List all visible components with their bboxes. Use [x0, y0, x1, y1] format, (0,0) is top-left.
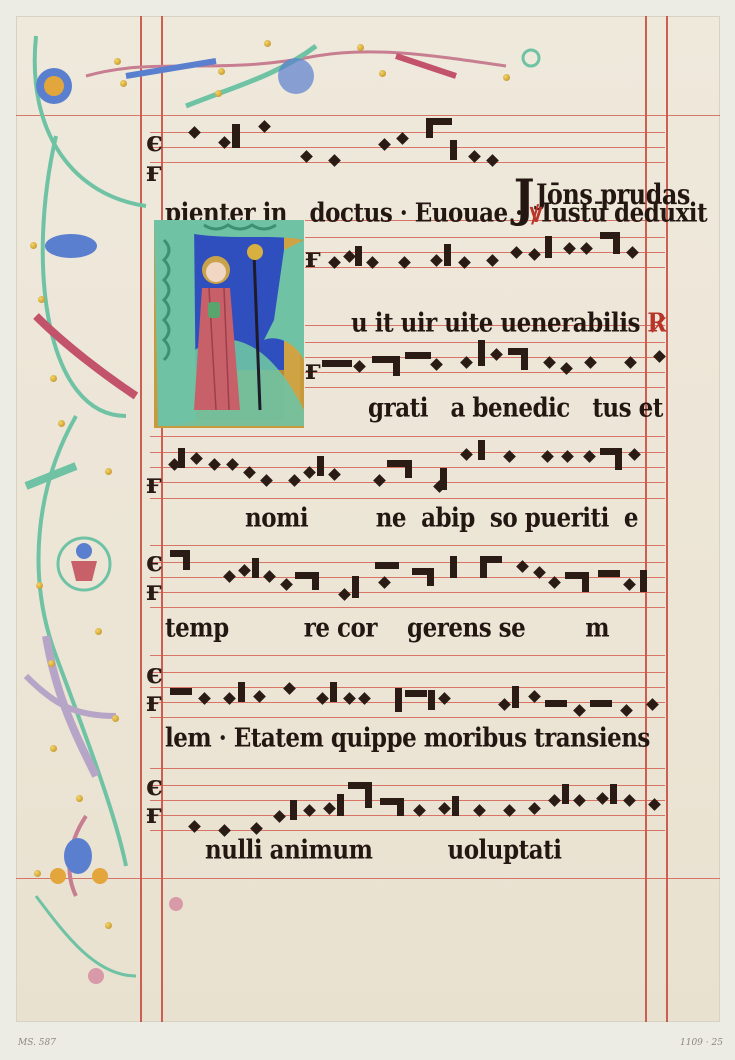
floral-border-decoration [16, 16, 576, 1022]
shelfmark-left: MS. 587 [18, 1038, 56, 1048]
rubric-response: R̷ [647, 307, 666, 338]
shelfmark-right: 1109 · 25 [680, 1038, 723, 1048]
